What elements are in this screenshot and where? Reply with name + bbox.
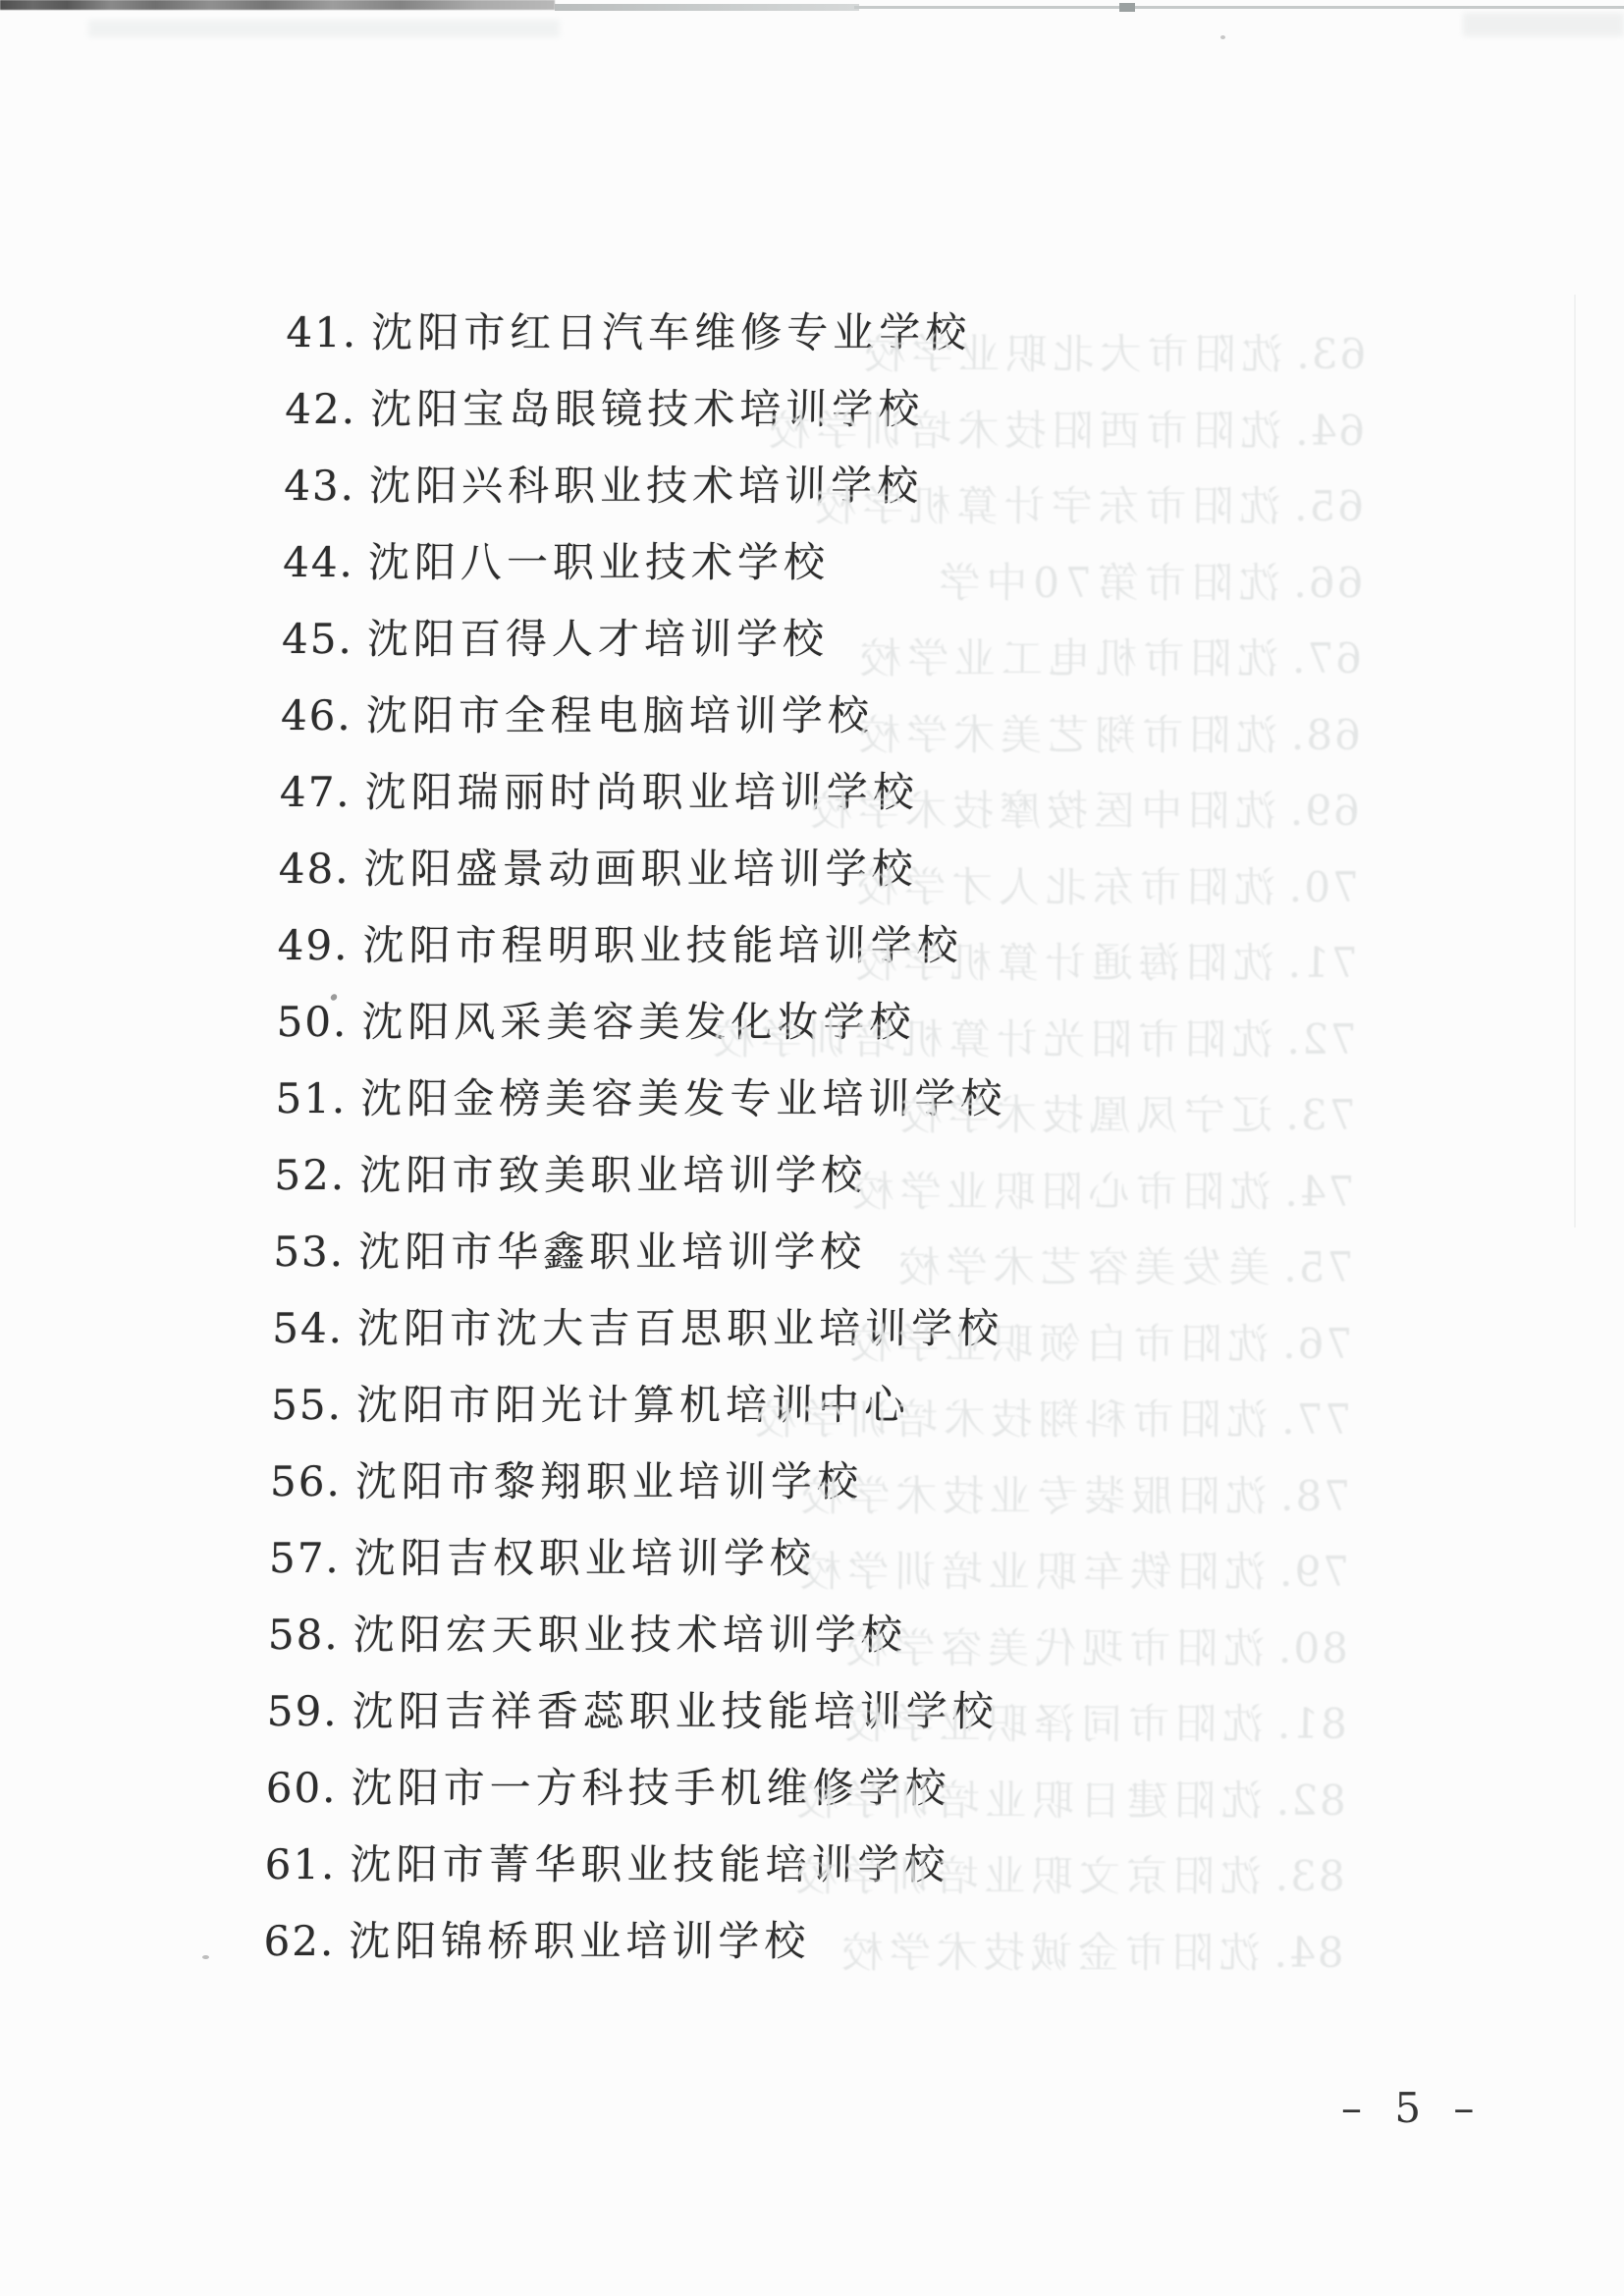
scan-smudge (1463, 13, 1624, 36)
bleedthrough-mirrored-text: 74.沈阳市心阳职业学校 (846, 1154, 1355, 1230)
item-number: 47. (280, 768, 352, 816)
item-number: 59. (267, 1687, 339, 1735)
bleedthrough-mirrored-text: 64.沈阳市西阳技术培训学校 (763, 393, 1366, 469)
bleedthrough-line: 67.沈阳市机电工业学校 (557, 621, 1363, 697)
item-number: 48. (278, 845, 350, 893)
bleedthrough-line: 83.沈阳京文职业培训学校 (539, 1838, 1345, 1915)
bleedthrough-mirrored-text: 82.沈阳建日职业培训学校 (791, 1763, 1347, 1839)
ink-speck (1220, 35, 1225, 39)
item-number: 43. (284, 462, 355, 510)
bleedthrough-list: 63.沈阳市大北职业学校 64.沈阳市西阳技术培训学校 65.沈阳市东宇计算机学… (538, 316, 1367, 1991)
bleedthrough-mirrored-text: 84.沈阳市金诚技术学校 (836, 1915, 1344, 1992)
scan-edge-artifact-dark (0, 0, 555, 10)
item-number: 55. (271, 1381, 343, 1429)
item-number: 57. (269, 1534, 341, 1582)
bleedthrough-line: 71.沈阳海通计算机学校 (552, 925, 1358, 1002)
item-number: 54. (272, 1304, 344, 1352)
bleedthrough-line: 68.沈阳市翔艺美术学校 (556, 697, 1362, 774)
ink-speck (202, 1955, 209, 1959)
bleedthrough-line: 69.沈阳中医按摩技术学校 (554, 773, 1360, 849)
bleedthrough-line: 78.沈阳服装专业技术学校 (545, 1458, 1351, 1535)
item-number: 41. (286, 308, 357, 356)
bleedthrough-mirrored-text: 70.沈阳市东北人才学校 (851, 849, 1360, 926)
bleedthrough-line: 82.沈阳建日职业培训学校 (540, 1763, 1346, 1839)
bleedthrough-line: 73.辽宁凤凰技术学校 (550, 1077, 1356, 1154)
item-number: 42. (285, 385, 356, 433)
scan-edge-artifact-tick (1119, 3, 1135, 12)
bleedthrough-mirrored-text: 75.美发美容艺术学校 (893, 1230, 1354, 1306)
bleedthrough-mirrored-text: 76.沈阳市白领职业学校 (844, 1306, 1353, 1383)
item-number: 56. (270, 1457, 342, 1505)
bleedthrough-mirrored-text: 63.沈阳市大北职业学校 (858, 316, 1367, 393)
bleedthrough-mirrored-text: 81.沈阳市同泽职业学校 (839, 1686, 1348, 1763)
bleedthrough-line: 66.沈阳市第70中学 (558, 545, 1364, 622)
bleedthrough-line: 76.沈阳市白领职业学校 (547, 1306, 1353, 1383)
bleedthrough-mirrored-text: 80.沈阳市现代美容学校 (840, 1611, 1349, 1687)
item-number: 61. (264, 1840, 336, 1888)
bleedthrough-mirrored-text: 68.沈阳市翔艺美术学校 (853, 697, 1362, 774)
scan-edge-artifact-mid (555, 4, 859, 11)
bleedthrough-mirrored-text: 72.沈阳市阳光计算机培训学校 (707, 1002, 1357, 1078)
scan-smudge (88, 20, 560, 37)
scan-edge-artifact-line (854, 6, 1624, 9)
item-number: 46. (281, 691, 352, 739)
bleedthrough-mirrored-text: 83.沈阳京文职业培训学校 (789, 1838, 1345, 1915)
item-number: 53. (273, 1228, 345, 1276)
bleedthrough-line: 74.沈阳市心阳职业学校 (549, 1154, 1355, 1230)
bleedthrough-line: 80.沈阳市现代美容学校 (543, 1611, 1349, 1687)
item-number: 45. (282, 615, 353, 663)
scanned-document-page: 41.沈阳市红日汽车维修专业学校 42.沈阳宝岛眼镜技术培训学校 43.沈阳兴科… (0, 0, 1624, 2296)
bleedthrough-mirrored-text: 69.沈阳中医按摩技术学校 (805, 773, 1361, 849)
item-number: 52. (274, 1151, 346, 1199)
page-number: – 5 – (1341, 2084, 1484, 2132)
bleedthrough-mirrored-text: 78.沈阳服装专业技术学校 (795, 1458, 1351, 1535)
item-number: 62. (263, 1917, 335, 1965)
bleedthrough-line: 63.沈阳市大北职业学校 (561, 316, 1367, 393)
bleedthrough-line: 75.美发美容艺术学校 (548, 1230, 1354, 1306)
bleedthrough-mirrored-text: 65.沈阳市东宇计算机学校 (809, 468, 1365, 545)
bleedthrough-line: 77.沈阳市科翔技术培训学校 (546, 1382, 1352, 1458)
item-number: 50. (276, 998, 348, 1046)
bleedthrough-mirrored-text: 67.沈阳市机电工业学校 (854, 621, 1363, 697)
item-number: 51. (275, 1074, 347, 1122)
item-number: 44. (283, 538, 354, 586)
bleedthrough-mirrored-text: 71.沈阳海通计算机学校 (849, 925, 1358, 1002)
bleedthrough-line: 70.沈阳市东北人才学校 (553, 849, 1359, 926)
bleedthrough-line: 79.沈阳铁车职业培训学校 (544, 1534, 1350, 1611)
item-number: 49. (277, 921, 349, 969)
bleedthrough-line: 81.沈阳市同泽职业学校 (541, 1686, 1347, 1763)
bleedthrough-mirrored-text: 79.沈阳铁车职业培训学校 (794, 1534, 1350, 1611)
bleedthrough-line: 84.沈阳市金诚技术学校 (538, 1915, 1344, 1992)
bleedthrough-mirrored-text: 73.辽宁凤凰技术学校 (894, 1077, 1356, 1154)
bleedthrough-line: 65.沈阳市东宇计算机学校 (559, 468, 1365, 545)
bleedthrough-mirrored-text: 66.沈阳市第70中学 (932, 545, 1363, 622)
bleedthrough-mirrored-text: 77.沈阳市科翔技术培训学校 (749, 1382, 1352, 1458)
bleedthrough-line: 64.沈阳市西阳技术培训学校 (560, 393, 1366, 469)
item-number: 58. (268, 1611, 340, 1659)
bleedthrough-line: 72.沈阳市阳光计算机培训学校 (551, 1002, 1357, 1078)
scan-streak (1574, 295, 1576, 1228)
item-number: 60. (265, 1764, 337, 1812)
